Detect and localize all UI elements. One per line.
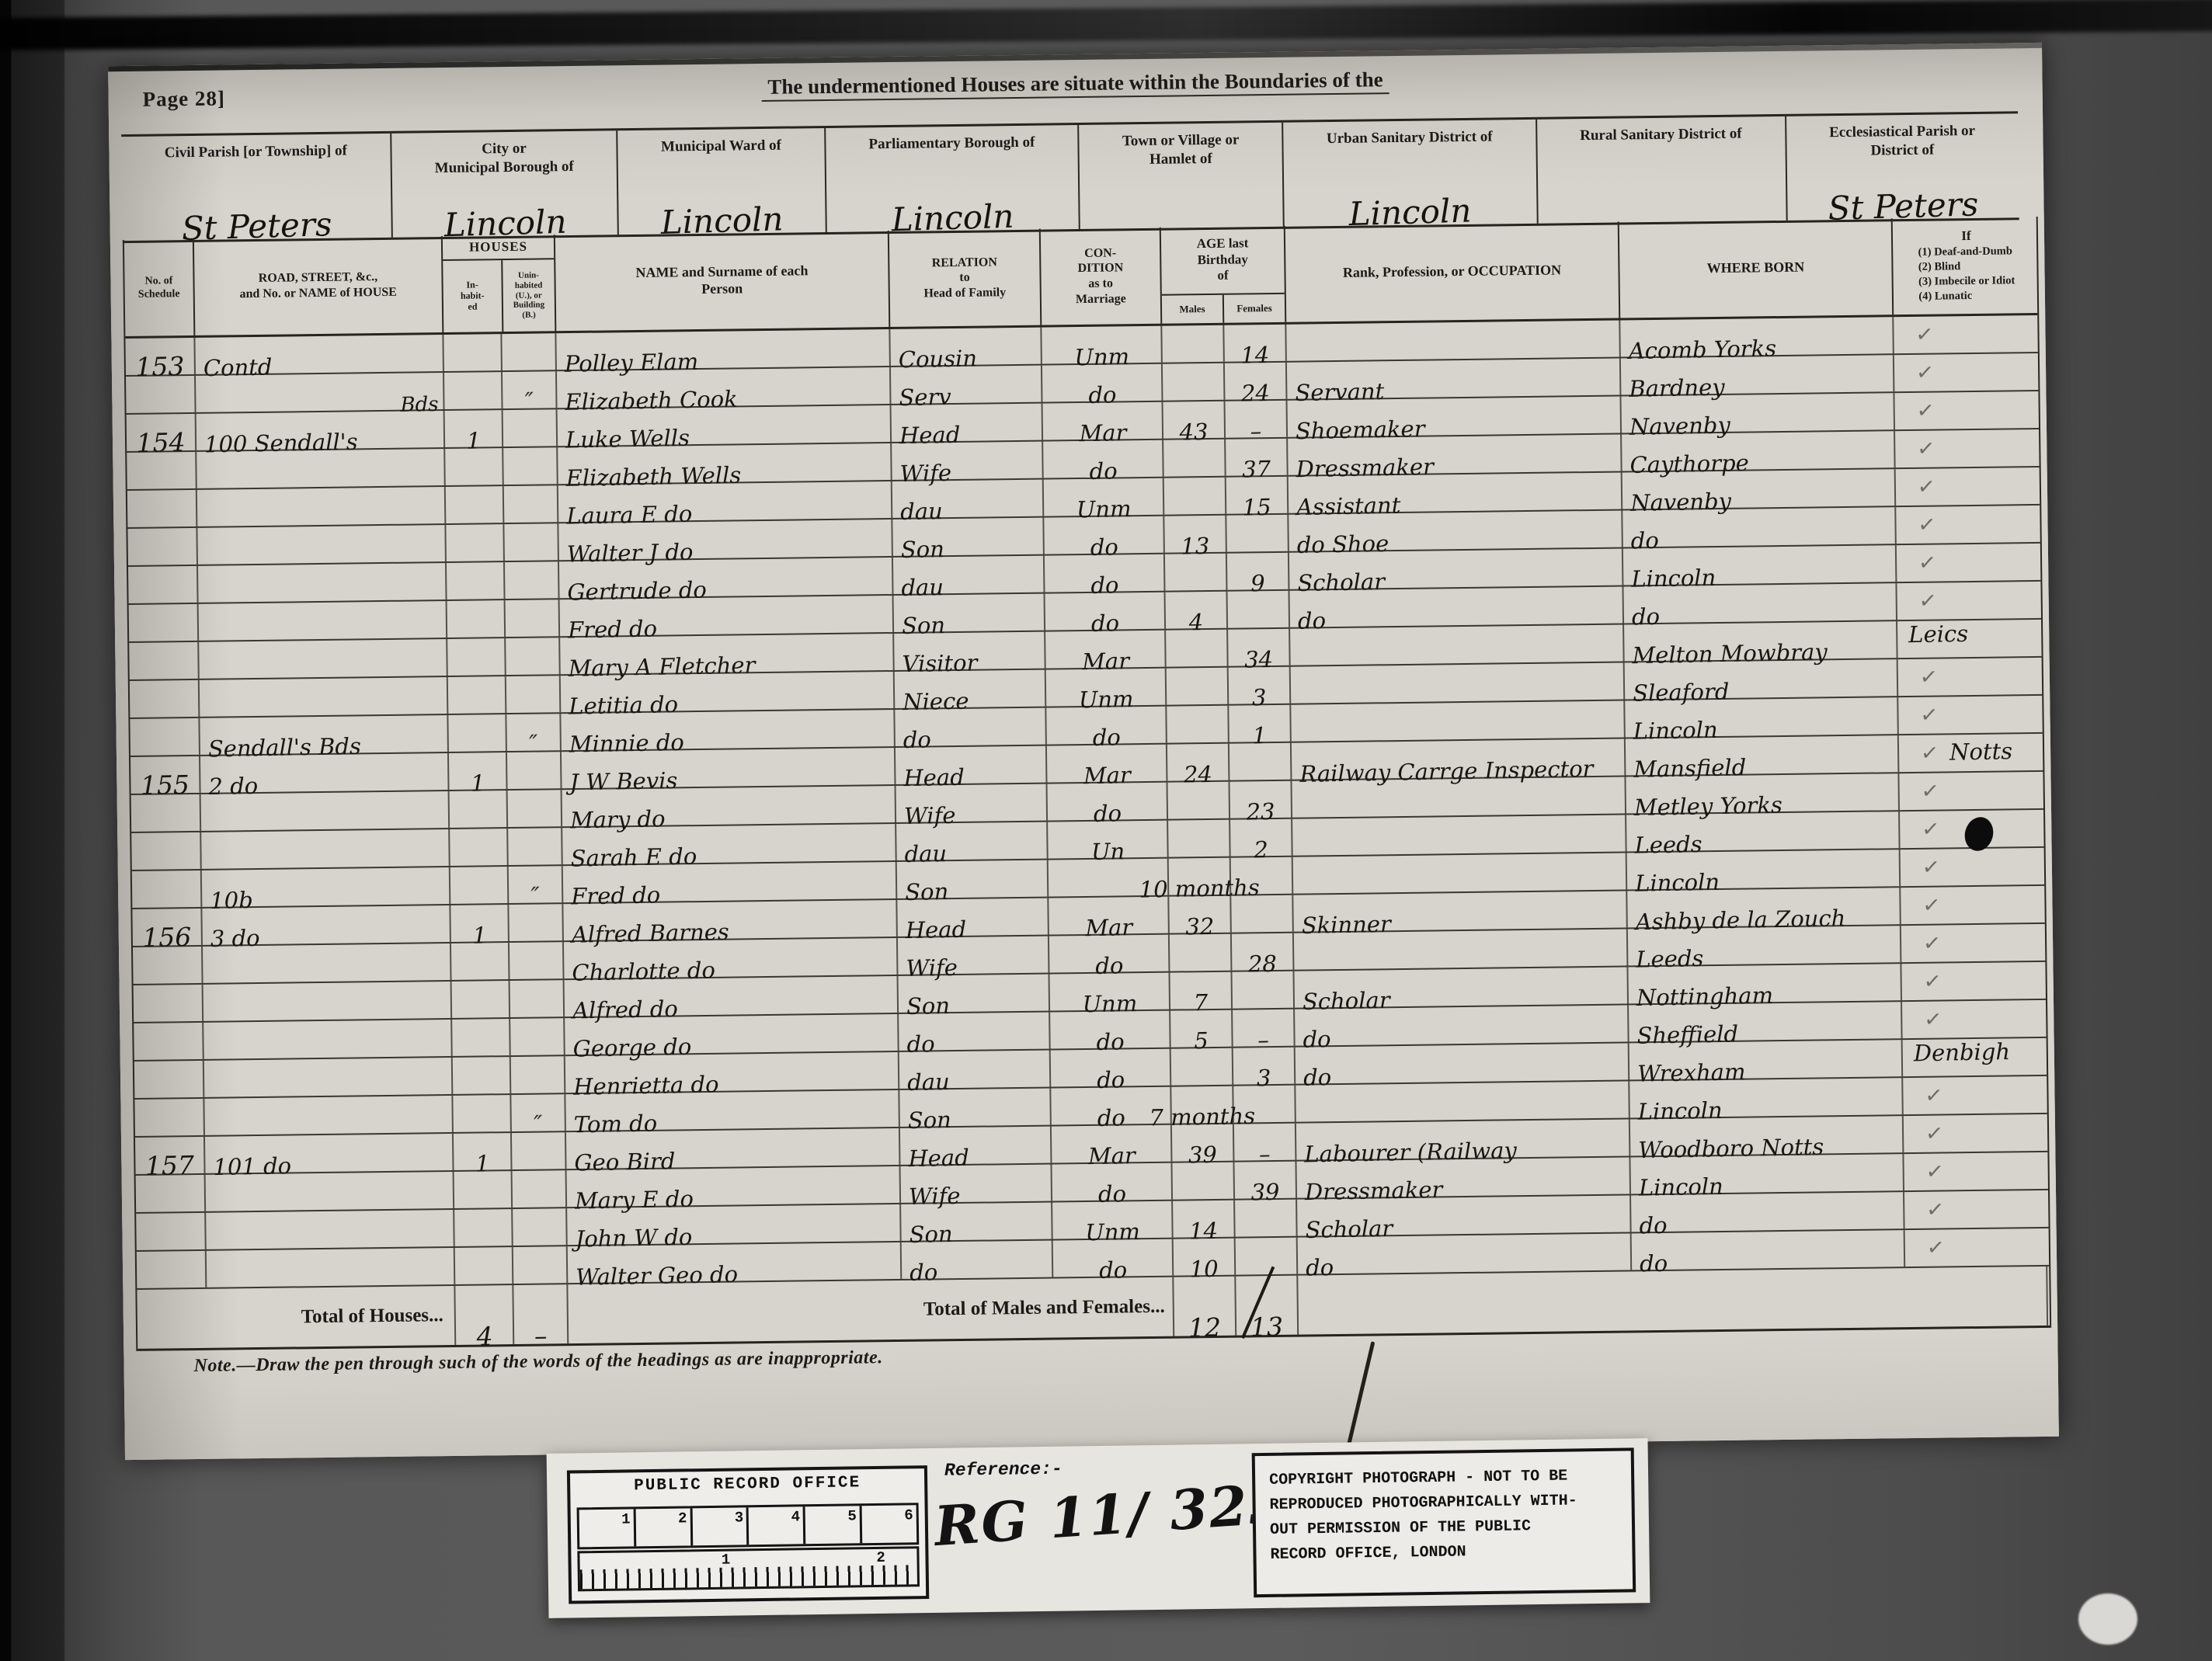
- handwritten-value: Luke Wells: [565, 425, 690, 453]
- cell-inhabited: [446, 524, 505, 561]
- handwritten-value: Minnie do: [569, 729, 685, 758]
- handwritten-value: Fred do: [568, 615, 658, 643]
- pencil-check-mark: ✓: [1920, 741, 1939, 766]
- cell-age-female: 14: [1224, 325, 1287, 362]
- cell-disability: ✓: [1894, 353, 2037, 391]
- handwritten-value: do: [1097, 1104, 1125, 1131]
- cell-age-female: 9: [1227, 553, 1290, 590]
- cell-schedule: [128, 566, 199, 603]
- handwritten-value: 7: [1193, 989, 1208, 1016]
- cell-road: Contd: [195, 335, 444, 374]
- handwritten-value: do: [1090, 572, 1119, 599]
- cell-uninhabited: [505, 561, 560, 599]
- handwritten-value: Head: [903, 764, 965, 791]
- pencil-check-mark: ✓: [1915, 360, 1935, 386]
- cell-age-male: [1168, 820, 1231, 857]
- pencil-check-mark: ✓: [1921, 817, 1940, 843]
- copyright-line: RECORD OFFICE, LONDON: [1270, 1538, 1632, 1568]
- col-header-females: Females: [1224, 294, 1285, 323]
- handwritten-value: Mar: [1081, 648, 1129, 675]
- cell-disability: Leics: [1897, 620, 2040, 658]
- handwritten-value: 157: [145, 1150, 195, 1181]
- handwritten-value: Mar: [1083, 762, 1131, 789]
- handwritten-value: Polley Elam: [565, 348, 699, 377]
- cell-disability: ✓: [1894, 391, 2037, 429]
- pencil-check-mark: ✓: [1917, 474, 1936, 500]
- cell-uninhabited: [504, 523, 559, 561]
- handwritten-value: Wife: [904, 802, 956, 829]
- handwritten-value: Tom do: [574, 1110, 658, 1138]
- handwritten-value: 154: [136, 427, 186, 458]
- cell-disability: ✓: [1904, 1152, 2047, 1190]
- cell-road: [206, 1210, 455, 1249]
- handwritten-value: do: [1098, 1256, 1127, 1284]
- cell-road: [204, 1096, 454, 1135]
- handwritten-value: Wife: [909, 1183, 961, 1210]
- cell-inhabited: 1: [450, 905, 510, 942]
- cell-inhabited: 1: [449, 752, 508, 790]
- cell-age-female: 34: [1228, 629, 1291, 666]
- handwritten-value: –: [1257, 1027, 1269, 1053]
- handwritten-value: Walter Geo do: [576, 1261, 738, 1291]
- handwritten-value: do: [1630, 527, 1659, 554]
- handwritten-value: Lincoln: [1631, 565, 1716, 592]
- handwritten-value: Lincoln: [1639, 1173, 1724, 1201]
- cell-inhabited: [455, 1247, 514, 1284]
- cell-schedule: [134, 1023, 204, 1060]
- cell-occupation: do: [1296, 1043, 1630, 1083]
- handwritten-value: Son: [900, 536, 944, 563]
- cell-schedule: 157: [135, 1137, 206, 1174]
- disability-header-line: (4) Lunatic: [1918, 288, 2015, 304]
- col-header-relation: RELATION to Head of Family: [889, 229, 1042, 327]
- handwritten-value: do: [906, 1030, 935, 1058]
- geo-header-label: Town or Village or Hamlet of: [1079, 123, 1282, 170]
- ruler-cm-number: 3: [735, 1509, 744, 1526]
- cell-born: Acomb Yorks: [1620, 317, 1894, 356]
- cell-occupation: Scholar: [1294, 967, 1629, 1007]
- cell-occupation: Skinner: [1293, 891, 1628, 931]
- cell-road: 101 do: [205, 1134, 454, 1173]
- cell-uninhabited: [506, 676, 562, 713]
- handwritten-value: Alfred Barnes: [572, 919, 730, 948]
- handwritten-value: Unm: [1074, 343, 1129, 370]
- ruler-cm-number: 2: [678, 1510, 687, 1527]
- cell-age-male: [1167, 706, 1229, 743]
- handwritten-value: do: [1095, 952, 1124, 979]
- cell-inhabited: 1: [445, 410, 504, 447]
- handwritten-value: 5: [1194, 1027, 1209, 1054]
- cell-road: [198, 563, 447, 603]
- cell-occupation: Railway Carrge Inspector: [1292, 738, 1626, 779]
- cell-occupation: Servant: [1287, 359, 1622, 399]
- cell-road: [203, 982, 453, 1021]
- cell-road: [199, 601, 448, 641]
- cell-born: Melton Mowbray: [1624, 621, 1898, 661]
- cell-disability: ✓: [1902, 1000, 2045, 1038]
- cell-occupation: [1291, 662, 1626, 703]
- handwritten-value: Wife: [906, 954, 958, 982]
- handwritten-value: do: [1632, 603, 1661, 631]
- handwritten-value: ″: [530, 883, 540, 910]
- handwritten-value: 34: [1244, 646, 1274, 673]
- geo-header-cell: Ecclesiastical Parish or District ofSt P…: [1786, 113, 2019, 221]
- handwritten-value: Assistant: [1296, 492, 1401, 521]
- handwritten-value: 10b: [210, 887, 253, 914]
- cell-age-male: 43: [1163, 401, 1226, 439]
- handwritten-value: Leics: [1908, 620, 1968, 648]
- pencil-check-mark: ✓: [1915, 398, 1935, 424]
- cell-uninhabited: [506, 599, 561, 637]
- handwritten-value: do: [1298, 607, 1327, 634]
- pro-title: PUBLIC RECORD OFFICE: [570, 1473, 924, 1496]
- handwritten-value: –: [1250, 418, 1261, 444]
- cell-disability: ✓: [1903, 1076, 2046, 1114]
- disability-header-line: (3) Imbecile or Idiot: [1918, 273, 2015, 289]
- handwritten-value: do: [1303, 1026, 1331, 1053]
- handwritten-value: George do: [572, 1034, 691, 1062]
- totals-empty: [1298, 1267, 2048, 1335]
- handwritten-value: Caythorpe: [1629, 450, 1749, 478]
- disability-header-line: (2) Blind: [1918, 259, 2015, 275]
- col-header-age: AGE last Birthday of Males Females: [1161, 226, 1287, 324]
- cell-schedule: [130, 718, 200, 756]
- handwritten-value: Fred do: [571, 881, 661, 909]
- pencil-check-mark: ✓: [1919, 665, 1939, 690]
- handwritten-value: 15: [1242, 494, 1271, 521]
- cell-disability: ✓Notts: [1899, 734, 2042, 772]
- cell-schedule: [134, 1061, 205, 1098]
- geo-header-cell: Civil Parish [or Township] ofSt Peters: [121, 134, 392, 241]
- cell-uninhabited: [510, 1018, 565, 1055]
- pencil-check-mark: ✓: [1922, 855, 1941, 881]
- cell-schedule: [130, 680, 200, 718]
- handwritten-value: Railway Carrge Inspector: [1299, 756, 1594, 787]
- pencil-check-mark: ✓: [1916, 436, 1935, 462]
- handwritten-value: Shoemaker: [1296, 415, 1425, 444]
- handwritten-value: do: [903, 726, 931, 753]
- cell-name: Polley Elam: [556, 329, 891, 370]
- cell-inhabited: [447, 562, 506, 599]
- total-houses-inhabited: 4: [455, 1285, 514, 1345]
- cell-inhabited: [452, 1019, 511, 1056]
- cell-uninhabited: [504, 485, 559, 523]
- handwritten-value: Sarah E do: [570, 843, 697, 872]
- handwritten-value: Head: [908, 1145, 969, 1172]
- handwritten-value: 24: [1184, 761, 1213, 788]
- handwritten-value: do: [1096, 1066, 1125, 1093]
- ruler-cm-number: 4: [791, 1508, 801, 1525]
- cell-schedule: [129, 642, 200, 679]
- handwritten-value: 1: [470, 770, 485, 796]
- cell-road: [200, 677, 449, 717]
- handwritten-value: Visitor: [902, 649, 977, 677]
- pro-ruler-stamp: PUBLIC RECORD OFFICE 123456 12: [567, 1465, 929, 1604]
- handwritten-value: ″: [534, 1111, 543, 1138]
- cell-inhabited: [448, 676, 507, 714]
- handwritten-value: 23: [1246, 798, 1275, 825]
- handwritten-value: 24: [1241, 380, 1271, 407]
- copyright-stamp: COPYRIGHT PHOTOGRAPH - NOT TO BEREPRODUC…: [1252, 1447, 1636, 1597]
- cell-age-male: [1162, 325, 1225, 363]
- handwritten-value: Mary A Fletcher: [568, 652, 755, 682]
- handwritten-value: Gertrude do: [567, 576, 707, 605]
- disability-header-line: If: [1918, 228, 2014, 246]
- handwritten-value: 3: [1257, 1065, 1271, 1091]
- total-females: 13: [1236, 1276, 1299, 1336]
- handwritten-value: Nottingham: [1636, 982, 1774, 1011]
- pencil-check-mark: ✓: [1925, 1197, 1945, 1223]
- handwritten-value: Servant: [1295, 378, 1385, 406]
- handwritten-value: 3 do: [210, 925, 260, 952]
- cell-uninhabited: ″: [506, 714, 562, 751]
- handwritten-value: Lincoln: [1635, 869, 1720, 897]
- handwritten-value: Mar: [1087, 1142, 1136, 1169]
- cell-schedule: [127, 528, 198, 565]
- cell-inhabited: [450, 867, 510, 904]
- handwritten-value: 2: [1254, 836, 1268, 863]
- ruler-cm-scale: 123456: [577, 1503, 920, 1549]
- col-header-males: Males: [1162, 295, 1224, 324]
- handwritten-value: 14: [1189, 1218, 1219, 1245]
- cell-schedule: [137, 1251, 207, 1288]
- cell-condition: Unm: [1042, 326, 1163, 364]
- handwritten-value: Dressmaker: [1296, 453, 1434, 482]
- handwritten-value: Bardney: [1629, 374, 1725, 401]
- handwritten-value: 153: [135, 351, 185, 382]
- cell-inhabited: [454, 1209, 513, 1246]
- cell-age-male: 4: [1166, 592, 1229, 629]
- handwritten-value: 13: [1181, 533, 1210, 560]
- cell-age-male: [1164, 478, 1227, 515]
- handwritten-value: J W Bevis: [569, 767, 678, 796]
- col-header-inhabited: In- habit- ed: [443, 260, 503, 332]
- photo-dark-band: [0, 0, 2212, 50]
- cell-disability: ✓: [1905, 1228, 2048, 1267]
- handwritten-value: Denbigh: [1914, 1038, 2011, 1066]
- handwritten-value: 43: [1179, 419, 1209, 446]
- handwritten-value: dau: [907, 1069, 950, 1096]
- cell-disability: ✓: [1898, 696, 2041, 734]
- cell-inhabited: [448, 714, 507, 752]
- col-header-uninhabited: Unin- habited (U.), or Building (B.): [503, 259, 555, 332]
- cell-road: [201, 829, 450, 869]
- handwritten-value: Son: [906, 992, 951, 1020]
- copyright-line: REPRODUCED PHOTOGRAPHICALLY WITH-: [1269, 1488, 1631, 1518]
- cell-occupation: [1292, 815, 1627, 855]
- cell-road: [197, 525, 447, 565]
- pencil-check-mark: ✓: [1925, 1121, 1944, 1147]
- pencil-check-mark: ✓: [1917, 513, 1936, 538]
- cell-disability: Denbigh: [1903, 1038, 2046, 1076]
- handwritten-value: Elizabeth Cook: [565, 386, 738, 415]
- cell-inhabited: [443, 334, 503, 371]
- handwritten-value: Leeds: [1636, 945, 1704, 973]
- handwritten-value: do: [1092, 724, 1121, 751]
- ruler-inch-scale: 12: [577, 1546, 920, 1591]
- pencil-check-mark: ✓: [1925, 1159, 1944, 1185]
- handwritten-value: Unm: [1078, 686, 1133, 713]
- handwritten-value: do: [1639, 1212, 1668, 1239]
- cell-inhabited: [453, 1095, 512, 1132]
- ruler-ticks: [580, 1565, 917, 1589]
- cell-age-female: [1236, 1238, 1299, 1275]
- pencil-check-mark: ✓: [1924, 1083, 1943, 1109]
- cell-relation: Cousin: [890, 328, 1042, 366]
- pencil-check-mark: ✓: [1918, 589, 1937, 614]
- handwritten-value: Charlotte do: [572, 957, 715, 986]
- cell-disability: ✓: [1901, 962, 2044, 1000]
- cell-born: do: [1632, 1230, 1906, 1270]
- handwritten-value: Sheffield: [1636, 1020, 1738, 1048]
- handwritten-value: do Shoe: [1296, 530, 1389, 558]
- handwritten-value: do: [1090, 533, 1118, 561]
- handwritten-value: 156: [142, 922, 192, 953]
- table-body: 153ContdPolley ElamCousinUnm14Acomb York…: [125, 315, 2049, 1290]
- handwritten-value: Head: [899, 422, 961, 449]
- handwritten-value: Head: [905, 916, 966, 943]
- cell-age-male: 10 months: [1169, 858, 1232, 895]
- cell-inhabited: [452, 981, 511, 1018]
- footer-note: Note.—Draw the pen through such of the w…: [193, 1347, 882, 1377]
- cell-disability: ✓: [1901, 848, 2043, 886]
- handwritten-value: 100 Sendall's: [204, 429, 358, 458]
- handwritten-value: 3: [1252, 684, 1267, 711]
- cell-occupation: [1293, 853, 1628, 893]
- total-houses-label: Total of Houses...: [137, 1286, 456, 1349]
- cell-road: [203, 1020, 453, 1059]
- cell-schedule: 156: [132, 909, 203, 946]
- cell-uninhabited: [511, 1056, 566, 1093]
- handwritten-value: Son: [907, 1107, 951, 1134]
- pencil-check-mark: ✓: [1926, 1235, 1946, 1261]
- handwritten-value: Mansfield: [1633, 754, 1747, 783]
- handwritten-value: Contd: [203, 353, 273, 381]
- handwritten-value: Bds: [400, 393, 439, 417]
- handwritten-value: Serv: [899, 384, 951, 411]
- col-header-occupation: Rank, Profession, or OCCUPATION: [1285, 222, 1620, 322]
- handwritten-value: dau: [900, 498, 943, 525]
- handwritten-value: 155: [141, 770, 190, 801]
- geo-header-label: Ecclesiastical Parish or District of: [1786, 113, 2019, 161]
- handwritten-value: do: [1640, 1250, 1668, 1277]
- disability-header-line: (1) Deaf-and-Dumb: [1918, 245, 2015, 260]
- ruler-cm-cell: 2: [635, 1508, 692, 1546]
- cell-uninhabited: [513, 1208, 568, 1246]
- handwritten-value: Melton Mowbray: [1632, 638, 1828, 669]
- cell-schedule: [136, 1213, 207, 1250]
- ink-flourish: [1344, 1341, 1375, 1455]
- handwritten-value: Elizabeth Wells: [565, 462, 741, 492]
- cell-uninhabited: [510, 980, 565, 1017]
- geo-header-cell: Municipal Ward ofLincoln: [618, 128, 827, 235]
- handwritten-value: Leeds: [1634, 831, 1702, 859]
- handwritten-value: Metley Yorks: [1634, 791, 1783, 821]
- handwritten-value: do: [1096, 1028, 1125, 1055]
- cell-disability: ✓: [1904, 1190, 2047, 1228]
- census-page-paper: Page 28] The undermentioned Houses are s…: [108, 43, 2059, 1460]
- cell-schedule: 153: [125, 338, 196, 375]
- cell-schedule: [129, 604, 200, 641]
- cell-born: Lincoln: [1623, 545, 1897, 585]
- col-header-road: ROAD, STREET, &c., and No. or NAME of HO…: [194, 236, 443, 335]
- cell-disability: ✓: [1895, 429, 2038, 467]
- geo-header-cell: City or Municipal Borough ofLincoln: [391, 130, 619, 238]
- handwritten-value: Unm: [1076, 495, 1131, 523]
- cell-inhabited: [446, 486, 505, 523]
- handwritten-value: Wife: [899, 460, 951, 487]
- handwritten-value: Niece: [903, 688, 969, 716]
- col-header-condition: CON- DITION as to Marriage: [1041, 228, 1163, 325]
- cell-disability: ✓: [1896, 467, 2039, 506]
- handwritten-value: Scholar: [1297, 568, 1385, 596]
- geo-header-label: Parliamentary Borough of: [826, 125, 1078, 155]
- ruler-cm-cell: 4: [749, 1506, 805, 1545]
- cell-inhabited: [450, 829, 509, 866]
- cell-road: [199, 639, 448, 679]
- cell-schedule: [132, 870, 203, 908]
- col-header-houses: HOUSES In- habit- ed Unin- habited (U.),…: [443, 235, 557, 332]
- handwritten-value: Woodboro Notts: [1638, 1134, 1824, 1164]
- col-header-schedule: No. of Schedule: [124, 239, 196, 336]
- geo-header-cell: Town or Village or Hamlet of: [1079, 123, 1285, 229]
- cell-uninhabited: [513, 1246, 569, 1284]
- handwritten-value: Cousin: [898, 345, 977, 373]
- pencil-check-mark: ✓: [1918, 551, 1937, 576]
- handwritten-value: 4: [1188, 609, 1203, 635]
- handwritten-value: Ashby de la Zouch: [1635, 905, 1845, 935]
- geo-header-label: Rural Sanitary District of: [1537, 116, 1785, 146]
- handwritten-value: John W do: [575, 1224, 692, 1253]
- handwritten-value: Mary E do: [575, 1186, 694, 1214]
- cell-occupation: [1286, 321, 1621, 361]
- handwritten-value: 1: [466, 427, 481, 453]
- handwritten-value: 37: [1242, 456, 1271, 483]
- handwritten-value: Dressmaker: [1305, 1176, 1443, 1205]
- cell-inhabited: [447, 638, 506, 676]
- handwritten-value: Mar: [1085, 914, 1133, 941]
- cell-age-male: [1163, 363, 1226, 401]
- cell-disability: ✓: [1898, 658, 2041, 696]
- handwritten-value: Lincoln: [1633, 717, 1718, 745]
- cell-schedule: [127, 490, 198, 527]
- geo-header-label: Urban Sanitary District of: [1283, 120, 1536, 149]
- pencil-check-mark: ✓: [1922, 931, 1942, 957]
- ruler-inch-number: 1: [722, 1552, 731, 1569]
- pro-stamp-strip: PUBLIC RECORD OFFICE 123456 12 Reference…: [547, 1438, 1650, 1618]
- handwritten-value: –: [1259, 1141, 1271, 1167]
- cell-uninhabited: [503, 447, 558, 485]
- cell-uninhabited: ″: [503, 371, 558, 408]
- handwritten-value: Lincoln: [1637, 1097, 1723, 1125]
- cell-schedule: 155: [130, 756, 201, 794]
- handwritten-value: Unm: [1084, 1218, 1139, 1246]
- handwritten-value: Navenby: [1629, 412, 1730, 440]
- geo-header-label: Municipal Ward of: [618, 128, 825, 157]
- cell-disability: ✓: [1901, 924, 2044, 962]
- cell-age-female: 28: [1232, 933, 1295, 971]
- cell-uninhabited: ″: [509, 866, 564, 903]
- pencil-check-mark: ✓: [1922, 893, 1941, 919]
- cell-occupation: [1291, 700, 1626, 741]
- handwritten-value: 7 months: [1149, 1103, 1255, 1131]
- geo-header-cell: Parliamentary Borough ofLincoln: [826, 125, 1080, 232]
- handwritten-value: 1: [1252, 722, 1267, 749]
- cell-age-male: 7 months: [1171, 1086, 1234, 1124]
- handwritten-value: do: [1097, 1180, 1126, 1208]
- handwritten-value: do: [1303, 1064, 1332, 1091]
- pencil-check-mark: ✓: [1919, 703, 1939, 728]
